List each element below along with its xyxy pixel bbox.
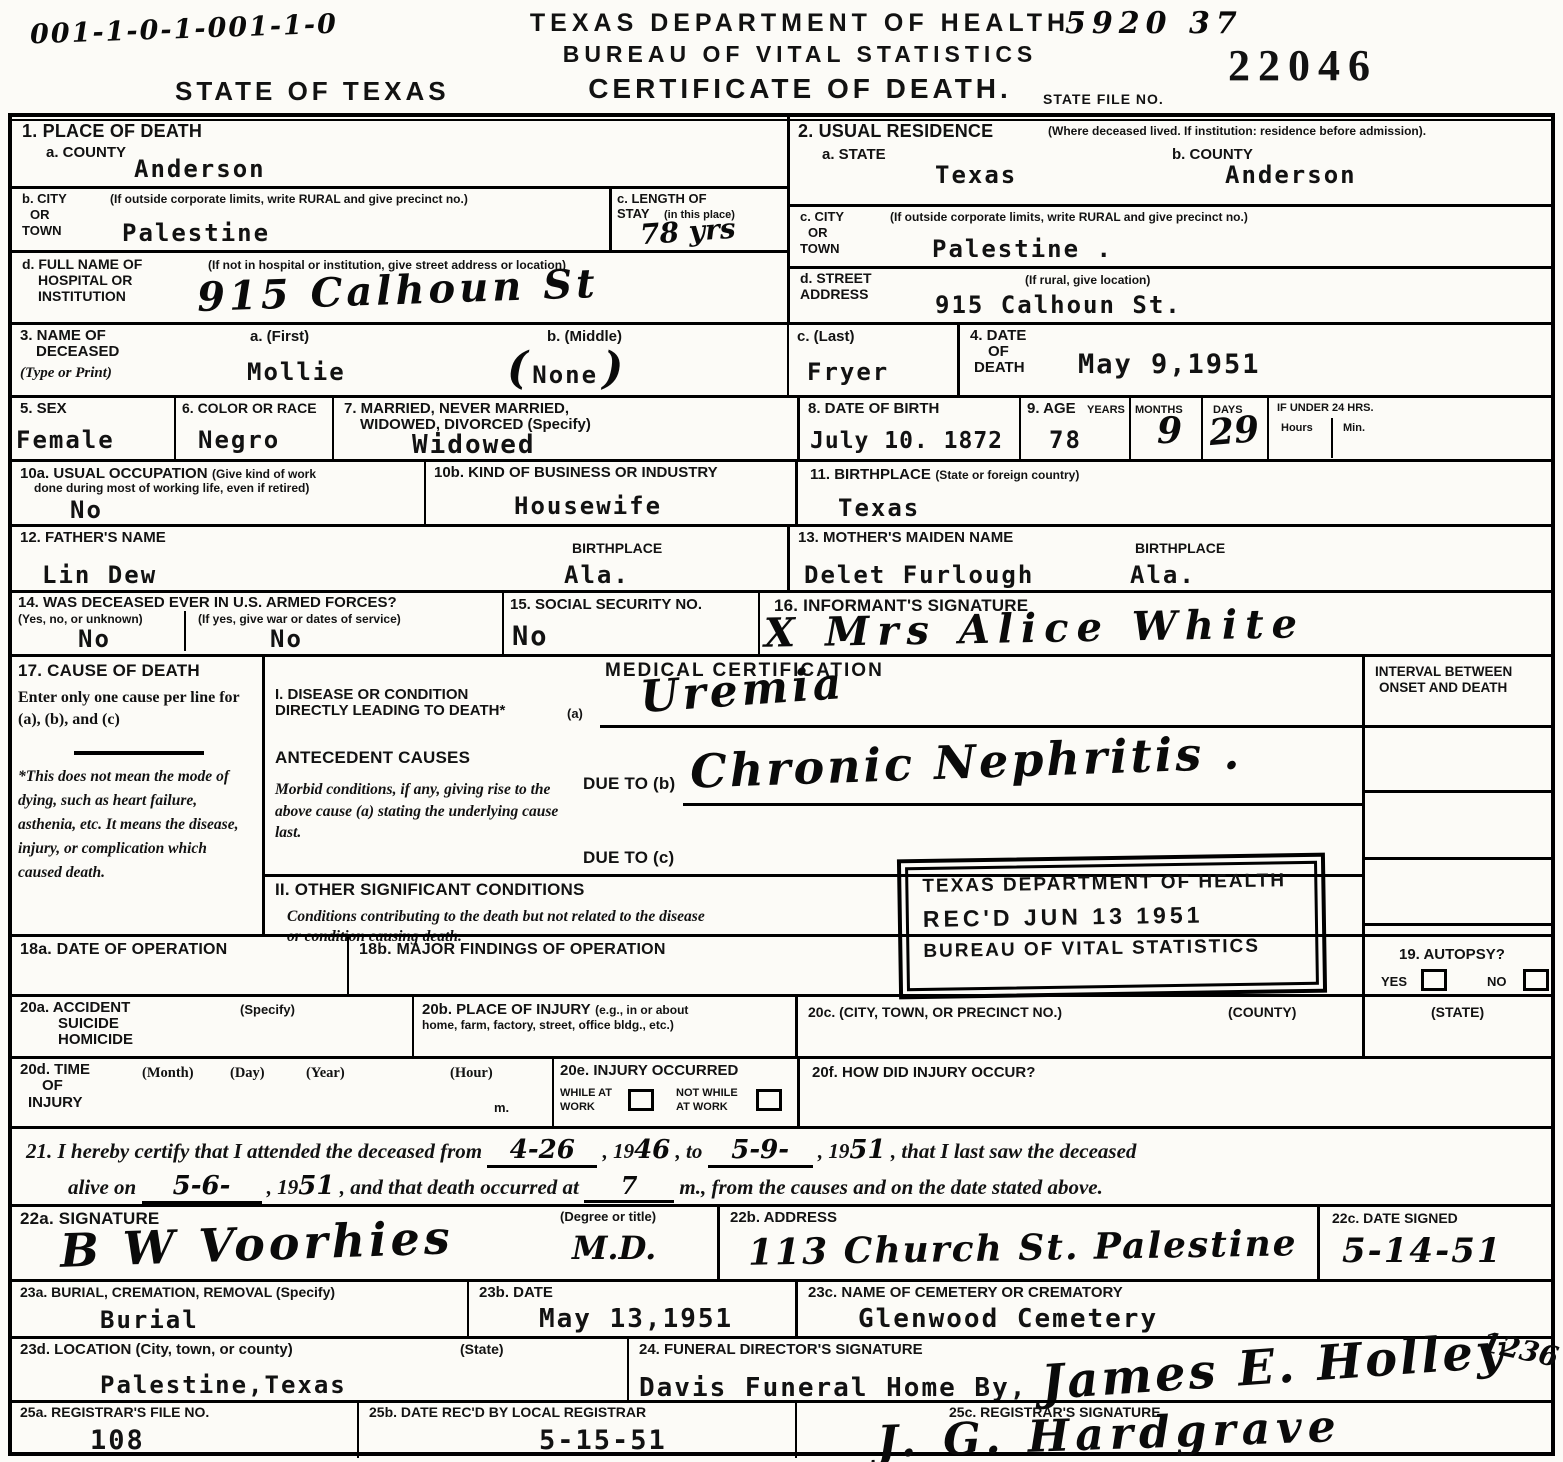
race-label: 6. COLOR OR RACE bbox=[182, 401, 317, 416]
field-age-months: MONTHS 9 bbox=[1129, 398, 1201, 459]
operation-findings-label: 18b. MAJOR FINDINGS OF OPERATION bbox=[359, 942, 666, 959]
field-age-years: 9. AGE YEARS 78 bbox=[1019, 398, 1129, 459]
accident-specify-note: (Specify) bbox=[240, 1003, 295, 1017]
hours-min-divider bbox=[1331, 418, 1333, 458]
registrar-signature-handwritten: J. G. Hardgrave bbox=[876, 1401, 1342, 1462]
state-file-no-label: STATE FILE NO. bbox=[1043, 92, 1164, 107]
cert-from-date: 4-26 bbox=[510, 1135, 575, 1165]
antecedent-note: Morbid conditions, if any, giving rise t… bbox=[275, 779, 575, 844]
dept-line: TEXAS DEPARTMENT OF HEALTH bbox=[520, 10, 1080, 36]
row-registrar: 25a. REGISTRAR'S FILE NO. 108 25b. DATE … bbox=[12, 1400, 1551, 1458]
hours-label: Hours bbox=[1281, 422, 1313, 434]
cert-text-4: , 19 bbox=[818, 1139, 850, 1163]
field-birthplace: 11. BIRTHPLACE (State or foreign country… bbox=[795, 462, 1551, 524]
field-mothers-maiden-name: 13. MOTHER'S MAIDEN NAME BIRTHPLACE Dele… bbox=[787, 527, 1551, 590]
injury-month-label: (Month) bbox=[142, 1065, 194, 1082]
age-years-value: 78 bbox=[1049, 426, 1082, 454]
street-note: (If rural, give location) bbox=[1025, 274, 1150, 288]
received-stamp-inner: TEXAS DEPARTMENT OF HEALTH REC'D JUN 13 … bbox=[905, 861, 1319, 991]
burial-location-label: 23d. LOCATION (City, town, or county) bbox=[20, 1342, 293, 1358]
field-business-industry: 10b. KIND OF BUSINESS OR INDUSTRY Housew… bbox=[424, 462, 795, 524]
date-of-death-value: May 9,1951 bbox=[1078, 349, 1261, 380]
row-parents: 12. FATHER'S NAME BIRTHPLACE Lin Dew Ala… bbox=[12, 524, 1551, 590]
certificate-form: 1. PLACE OF DEATH a. COUNTY Anderson b. … bbox=[8, 113, 1555, 1456]
row-name-of-deceased: 3. NAME OF DECEASED (Type or Print) a. (… bbox=[12, 322, 1551, 395]
field-usual-occupation: 10a. USUAL OCCUPATION (Give kind of work… bbox=[12, 462, 424, 524]
date-of-death-label-3: DEATH bbox=[974, 360, 1025, 376]
ssn-label: 15. SOCIAL SECURITY NO. bbox=[510, 597, 702, 613]
industry-label: 10b. KIND OF BUSINESS OR INDUSTRY bbox=[434, 465, 718, 481]
row-accident: 20a. ACCIDENT SUICIDE HOMICIDE (Specify)… bbox=[12, 994, 1551, 1056]
cause-a-rule bbox=[600, 725, 1362, 728]
dob-value: July 10. 1872 bbox=[810, 428, 1003, 454]
funeral-home-typed: Davis Funeral Home By, bbox=[639, 1373, 1027, 1403]
date-signed-label: 22c. DATE SIGNED bbox=[1332, 1211, 1458, 1226]
field-informant-signature: 16. INFORMANT'S SIGNATURE X Mrs Alice Wh… bbox=[758, 593, 1551, 654]
hospital-label-2: HOSPITAL OR bbox=[38, 273, 132, 288]
field-residence-street: d. STREET ADDRESS (If rural, give locati… bbox=[790, 269, 1551, 322]
age-days-value: 29 bbox=[1207, 408, 1261, 454]
mother-label: 13. MOTHER'S MAIDEN NAME bbox=[798, 530, 1013, 546]
burial-location-state-label: (State) bbox=[460, 1342, 504, 1357]
field-time-of-injury: 20d. TIME OF INJURY (Month) (Day) (Year)… bbox=[12, 1059, 552, 1126]
injury-city-label: 20c. (CITY, TOWN, OR PRECINCT NO.) bbox=[808, 1005, 1062, 1020]
while-at-work-checkbox bbox=[628, 1089, 654, 1111]
certification-statement: 21. I hereby certify that I attended the… bbox=[12, 1129, 1551, 1204]
row-certification-statement: 21. I hereby certify that I attended the… bbox=[12, 1126, 1551, 1204]
cert-text-6: alive on bbox=[68, 1175, 136, 1199]
father-birthplace-value: Ala. bbox=[564, 561, 630, 589]
cause-of-death-label: 17. CAUSE OF DEATH bbox=[18, 662, 200, 680]
burial-location-value: Palestine,Texas bbox=[100, 1371, 347, 1399]
burial-value: Burial bbox=[100, 1306, 199, 1334]
usual-residence-note: (Where deceased lived. If institution: r… bbox=[1048, 125, 1548, 139]
cert-to-date: 5-9- bbox=[731, 1135, 789, 1165]
injury-time-label-3: INJURY bbox=[28, 1095, 82, 1111]
registrar-file-value: 108 bbox=[90, 1425, 145, 1456]
middle-none-text: None bbox=[532, 361, 598, 389]
death-certificate-document: 001-1-0-1-001-1-0 STATE OF TEXAS TEXAS D… bbox=[0, 0, 1563, 1462]
occupation-value: No bbox=[70, 496, 103, 524]
race-value: Negro bbox=[198, 426, 280, 454]
cert-alive-date: 5-6- bbox=[173, 1171, 231, 1201]
injury-hour-label: (Hour) bbox=[450, 1065, 493, 1082]
field-place-of-injury: 20b. PLACE OF INJURY (e.g., in or about … bbox=[412, 997, 795, 1056]
cert-to-year: 51 bbox=[849, 1135, 885, 1165]
date-received-value: 5-15-51 bbox=[539, 1425, 667, 1456]
first-name-label: a. (First) bbox=[250, 329, 309, 345]
field-hospital-or-institution: d. FULL NAME OF HOSPITAL OR INSTITUTION … bbox=[12, 253, 787, 319]
autopsy-no-label: NO bbox=[1487, 975, 1507, 989]
middle-paren-close: ) bbox=[603, 343, 624, 394]
cert-text-9: m., from the causes and on the date stat… bbox=[679, 1175, 1103, 1199]
field-under-24-hrs: IF UNDER 24 HRS. Hours Min. bbox=[1267, 398, 1551, 459]
field-registrar-file-no: 25a. REGISTRAR'S FILE NO. 108 bbox=[12, 1403, 357, 1458]
accident-label-3: HOMICIDE bbox=[58, 1032, 133, 1048]
not-while-checkbox bbox=[756, 1089, 782, 1111]
disease-label-1: I. DISEASE OR CONDITION bbox=[275, 687, 468, 703]
interval-rule-3 bbox=[1365, 857, 1551, 860]
field-date-of-operation: 18a. DATE OF OPERATION bbox=[12, 937, 347, 994]
stay-value: 78 yrs bbox=[639, 212, 737, 252]
received-stamp: TEXAS DEPARTMENT OF HEALTH REC'D JUN 13 … bbox=[897, 853, 1327, 1000]
field-injury-occurred: 20e. INJURY OCCURRED WHILE AT WORK NOT W… bbox=[552, 1059, 797, 1126]
section-2-usual-residence: 2. USUAL RESIDENCE (Where deceased lived… bbox=[787, 117, 1551, 322]
father-value: Lin Dew bbox=[42, 561, 157, 589]
armed-forces-value-1: No bbox=[78, 625, 111, 653]
funeral-director-label: 24. FUNERAL DIRECTOR'S SIGNATURE bbox=[639, 1342, 923, 1358]
street-label-1: d. STREET bbox=[800, 271, 872, 286]
field-date-received: 25b. DATE REC'D BY LOCAL REGISTRAR 5-15-… bbox=[357, 1403, 795, 1458]
hospital-label-1: d. FULL NAME OF bbox=[22, 257, 142, 272]
street-label-2: ADDRESS bbox=[800, 287, 868, 302]
accident-label-1: 20a. ACCIDENT bbox=[20, 1000, 130, 1016]
occupation-label: 10a. USUAL OCCUPATION bbox=[20, 465, 208, 482]
cert-text-8: , and that death occurred at bbox=[340, 1175, 579, 1199]
residence-city-value: Palestine . bbox=[932, 235, 1113, 263]
burial-date-value: May 13,1951 bbox=[539, 1304, 733, 1334]
date-of-death-label-1: 4. DATE bbox=[970, 328, 1026, 344]
sex-value: Female bbox=[16, 426, 115, 454]
row-physician: 22a. SIGNATURE (Degree or title) B W Voo… bbox=[12, 1204, 1551, 1279]
armed-forces-label: 14. WAS DECEASED EVER IN U.S. ARMED FORC… bbox=[18, 595, 397, 611]
last-name-label: c. (Last) bbox=[797, 329, 855, 345]
field-armed-forces: 14. WAS DECEASED EVER IN U.S. ARMED FORC… bbox=[12, 593, 502, 654]
field-marital-status: 7. MARRIED, NEVER MARRIED, WIDOWED, DIVO… bbox=[332, 398, 797, 459]
field-how-injury-occurred: 20f. HOW DID INJURY OCCUR? bbox=[797, 1059, 1551, 1126]
field-city-and-stay: b. CITY OR TOWN (If outside corporate li… bbox=[12, 189, 787, 253]
field-residence-city: c. CITY OR TOWN (If outside corporate li… bbox=[790, 207, 1551, 269]
injury-occurred-label: 20e. INJURY OCCURRED bbox=[560, 1063, 738, 1079]
date-received-label: 25b. DATE REC'D BY LOCAL REGISTRAR bbox=[369, 1405, 646, 1420]
field-injury-city-county: 20c. (CITY, TOWN, OR PRECINCT NO.) (COUN… bbox=[795, 997, 1362, 1056]
father-label: 12. FATHER'S NAME bbox=[20, 530, 166, 546]
age-label: 9. AGE bbox=[1027, 401, 1076, 417]
birthplace-label-line: 11. BIRTHPLACE (State or foreign country… bbox=[810, 466, 1079, 484]
injury-place-label-line: 20b. PLACE OF INJURY (e.g., in or about bbox=[422, 1001, 688, 1019]
certification-line-2: alive on 5-6- , 1951 , and that death oc… bbox=[68, 1171, 1103, 1204]
row-place-residence: 1. PLACE OF DEATH a. COUNTY Anderson b. … bbox=[12, 117, 1551, 322]
mother-value: Delet Furlough bbox=[804, 561, 1034, 589]
field-residence-state-county: 2. USUAL RESIDENCE (Where deceased lived… bbox=[790, 117, 1551, 207]
residence-state-label: a. STATE bbox=[822, 147, 886, 163]
cause-b-value-handwritten: Chronic Nephritis . bbox=[689, 725, 1243, 798]
injury-time-label-2: OF bbox=[42, 1078, 63, 1094]
city-label-3: TOWN bbox=[22, 224, 61, 238]
field-physician-signature: 22a. SIGNATURE (Degree or title) B W Voo… bbox=[12, 1207, 717, 1279]
cert-text-7: , 19 bbox=[267, 1175, 299, 1199]
operation-date-label: 18a. DATE OF OPERATION bbox=[20, 942, 227, 959]
section-1-place-of-death: 1. PLACE OF DEATH a. COUNTY Anderson b. … bbox=[12, 117, 787, 322]
row-location-director: 23d. LOCATION (City, town, or county) (S… bbox=[12, 1336, 1551, 1400]
sex-label: 5. SEX bbox=[20, 401, 67, 417]
autopsy-label: 19. AUTOPSY? bbox=[1399, 947, 1505, 963]
name-label-2: DECEASED bbox=[36, 344, 119, 360]
hospital-label-3: INSTITUTION bbox=[38, 289, 126, 304]
name-label-3: (Type or Print) bbox=[20, 365, 112, 382]
field-registrar-signature: 25c. REGISTRAR'S SIGNATURE J. G. Hardgra… bbox=[795, 1403, 1551, 1458]
street-value: 915 Calhoun St. bbox=[935, 291, 1182, 319]
field-county-of-death: 1. PLACE OF DEATH a. COUNTY Anderson bbox=[12, 117, 787, 189]
section-17-cause-of-death: 17. CAUSE OF DEATH Enter only one cause … bbox=[12, 657, 262, 934]
autopsy-no-checkbox bbox=[1523, 969, 1549, 991]
stamp-line-2: REC'D JUN 13 1951 bbox=[923, 900, 1305, 933]
residence-state-value: Texas bbox=[935, 161, 1017, 189]
age-years-label: YEARS bbox=[1087, 404, 1125, 416]
residence-city-label-1: c. CITY bbox=[800, 210, 844, 224]
mother-birthplace-label: BIRTHPLACE bbox=[1135, 541, 1225, 556]
stamp-line-3: BUREAU OF VITAL STATISTICS bbox=[923, 935, 1305, 963]
field-date-signed: 22c. DATE SIGNED 5-14-51 bbox=[1317, 1207, 1551, 1279]
marital-value: Widowed bbox=[412, 430, 536, 460]
cert-from-year: 46 bbox=[634, 1135, 670, 1165]
certificate-title: CERTIFICATE OF DEATH. bbox=[520, 74, 1080, 103]
how-injury-label: 20f. HOW DID INJURY OCCUR? bbox=[812, 1065, 1035, 1081]
cert-hour-value: 7 bbox=[621, 1171, 638, 1200]
state-of-texas-heading: STATE OF TEXAS bbox=[175, 78, 450, 105]
due-to-c-label: DUE TO (c) bbox=[583, 849, 674, 867]
date-of-death-label-2: OF bbox=[988, 344, 1009, 360]
autopsy-yes-checkbox bbox=[1421, 969, 1447, 991]
name-label-1: 3. NAME OF bbox=[20, 328, 106, 344]
field-color-or-race: 6. COLOR OR RACE Negro bbox=[174, 398, 332, 459]
field-social-security: 15. SOCIAL SECURITY NO. No bbox=[502, 593, 758, 654]
field-length-of-stay: c. LENGTH OF STAY (in this place) 78 yrs bbox=[609, 189, 787, 250]
cert-text-2: , 19 bbox=[603, 1139, 635, 1163]
antecedent-label: ANTECEDENT CAUSES bbox=[275, 749, 470, 767]
usual-residence-title: 2. USUAL RESIDENCE bbox=[798, 122, 993, 141]
row-armed-forces: 14. WAS DECEASED EVER IN U.S. ARMED FORC… bbox=[12, 590, 1551, 654]
injury-place-label: 20b. PLACE OF INJURY bbox=[422, 1001, 591, 1018]
injury-state-label: (STATE) bbox=[1431, 1005, 1484, 1020]
occupation-note-1: (Give kind of work bbox=[212, 467, 316, 481]
cert-alive-year: 51 bbox=[298, 1171, 334, 1201]
industry-value: Housewife bbox=[514, 492, 662, 520]
field-age-days: DAYS 29 bbox=[1201, 398, 1267, 459]
due-to-b-label: DUE TO (b) bbox=[583, 775, 675, 793]
department-heading: TEXAS DEPARTMENT OF HEALTH BUREAU OF VIT… bbox=[520, 10, 1080, 104]
disease-a-label: (a) bbox=[567, 707, 583, 721]
armed-forces-value-2: No bbox=[270, 625, 303, 653]
burial-date-label: 23b. DATE bbox=[479, 1285, 553, 1301]
cause-note-1: Enter only one cause per line for (a), (… bbox=[18, 687, 246, 730]
middle-name-value: ( None ) bbox=[507, 343, 623, 394]
disease-label-2: DIRECTLY LEADING TO DEATH* bbox=[275, 703, 505, 719]
physician-address-label: 22b. ADDRESS bbox=[730, 1210, 837, 1226]
birthplace-note: (State or foreign country) bbox=[935, 468, 1079, 482]
field-city-of-death: b. CITY OR TOWN (If outside corporate li… bbox=[12, 189, 609, 250]
field-sex: 5. SEX Female bbox=[12, 398, 174, 459]
mother-birthplace-value: Ala. bbox=[1130, 561, 1196, 589]
ssn-value: No bbox=[512, 621, 549, 652]
row-occupation: 10a. USUAL OCCUPATION (Give kind of work… bbox=[12, 459, 1551, 524]
injury-day-label: (Day) bbox=[230, 1065, 265, 1082]
handwritten-batch-number: 5920 37 bbox=[1065, 6, 1243, 41]
field-burial-type: 23a. BURIAL, CREMATION, REMOVAL (Specify… bbox=[12, 1282, 467, 1336]
cause-note-2: *This does not mean the mode of dying, s… bbox=[18, 765, 250, 885]
armed-forces-divider bbox=[184, 611, 186, 651]
place-of-death-title: 1. PLACE OF DEATH bbox=[22, 122, 202, 141]
while-at-work-label-2: WORK bbox=[560, 1101, 595, 1113]
residence-county-value: Anderson bbox=[1225, 161, 1357, 189]
last-name-value: Fryer bbox=[807, 358, 889, 386]
date-signed-handwritten: 5-14-51 bbox=[1342, 1231, 1503, 1271]
under24-label: IF UNDER 24 HRS. bbox=[1277, 402, 1374, 414]
cause-b-rule bbox=[683, 803, 1362, 806]
degree-or-title-label: (Degree or title) bbox=[560, 1210, 656, 1224]
informant-signature-value: X Mrs Alice White bbox=[764, 600, 1306, 656]
other-conditions-label: II. OTHER SIGNIFICANT CONDITIONS bbox=[275, 881, 585, 899]
birthplace-value: Texas bbox=[838, 494, 920, 522]
field-last-name: c. (Last) Fryer bbox=[787, 325, 957, 395]
cemetery-value: Glenwood Cemetery bbox=[858, 1304, 1158, 1334]
field-fathers-name: 12. FATHER'S NAME BIRTHPLACE Lin Dew Ala… bbox=[12, 527, 787, 590]
field-burial-date: 23b. DATE May 13,1951 bbox=[467, 1282, 795, 1336]
field-injury-state: (STATE) bbox=[1362, 997, 1551, 1056]
injury-year-label: (Year) bbox=[306, 1065, 345, 1082]
while-at-work-label-1: WHILE AT bbox=[560, 1087, 612, 1099]
cause-note-rule bbox=[74, 751, 204, 755]
field-burial-location: 23d. LOCATION (City, town, or county) (S… bbox=[12, 1339, 627, 1400]
funeral-director-signature-handwritten: James E. Holley bbox=[1040, 1323, 1509, 1411]
field-date-of-birth: 8. DATE OF BIRTH July 10. 1872 bbox=[797, 398, 1019, 459]
not-while-label-1: NOT WHILE bbox=[676, 1087, 738, 1099]
state-file-number-stamp: 22046 bbox=[1228, 40, 1378, 91]
city-note: (If outside corporate limits, write RURA… bbox=[110, 193, 550, 207]
burial-label: 23a. BURIAL, CREMATION, REMOVAL (Specify… bbox=[20, 1285, 335, 1300]
birthplace-label: 11. BIRTHPLACE bbox=[810, 466, 931, 483]
autopsy-yes-label: YES bbox=[1381, 975, 1407, 989]
handwritten-ledger-code: 001-1-0-1-001-1-0 bbox=[30, 14, 338, 45]
interval-label-2: ONSET AND DEATH bbox=[1379, 681, 1507, 695]
dob-label: 8. DATE OF BIRTH bbox=[808, 401, 939, 417]
physician-degree-handwritten: M.D. bbox=[572, 1229, 656, 1267]
interval-rule-4 bbox=[1365, 923, 1551, 926]
age-months-value: 9 bbox=[1157, 410, 1182, 452]
cert-text-5: , that I last saw the deceased bbox=[891, 1139, 1137, 1163]
residence-city-label-2: OR bbox=[808, 226, 828, 240]
interval-column: INTERVAL BETWEEN ONSET AND DEATH bbox=[1362, 657, 1551, 934]
middle-paren-open: ( bbox=[507, 343, 528, 394]
injury-place-note-2: home, farm, factory, street, office bldg… bbox=[422, 1019, 674, 1033]
stamp-line-1: TEXAS DEPARTMENT OF HEALTH bbox=[922, 870, 1304, 898]
row-burial: 23a. BURIAL, CREMATION, REMOVAL (Specify… bbox=[12, 1279, 1551, 1336]
field-physician-address: 22b. ADDRESS 113 Church St. Palestine bbox=[717, 1207, 1317, 1279]
registrar-file-label: 25a. REGISTRAR'S FILE NO. bbox=[20, 1405, 209, 1420]
city-label-1: b. CITY bbox=[22, 192, 67, 206]
injury-place-note-1: (e.g., in or about bbox=[595, 1003, 688, 1017]
interval-label-1: INTERVAL BETWEEN bbox=[1375, 665, 1512, 679]
occupation-note-2: done during most of working life, even i… bbox=[34, 482, 309, 496]
physician-address-handwritten: 113 Church St. Palestine bbox=[748, 1222, 1298, 1274]
first-name-value: Mollie bbox=[247, 358, 346, 386]
marital-label-1: 7. MARRIED, NEVER MARRIED, bbox=[344, 401, 569, 417]
min-label: Min. bbox=[1343, 422, 1365, 434]
field-deceased-name: 3. NAME OF DECEASED (Type or Print) a. (… bbox=[12, 325, 787, 395]
city-value: Palestine bbox=[122, 219, 270, 247]
residence-city-label-3: TOWN bbox=[800, 242, 839, 256]
county-value: Anderson bbox=[134, 155, 266, 183]
certification-line-1: 21. I hereby certify that I attended the… bbox=[26, 1135, 1136, 1168]
residence-city-note: (If outside corporate limits, write RURA… bbox=[890, 211, 1450, 225]
row-time-of-injury: 20d. TIME OF INJURY (Month) (Day) (Year)… bbox=[12, 1056, 1551, 1126]
city-label-2: OR bbox=[30, 208, 50, 222]
interval-rule-2 bbox=[1365, 790, 1551, 793]
father-birthplace-label: BIRTHPLACE bbox=[572, 541, 662, 556]
stay-label-1: c. LENGTH OF bbox=[617, 192, 707, 206]
county-label: a. COUNTY bbox=[46, 145, 126, 161]
injury-m-label: m. bbox=[494, 1101, 509, 1115]
cert-text-3: , to bbox=[676, 1139, 703, 1163]
field-autopsy: 19. AUTOPSY? YES NO bbox=[1362, 937, 1551, 994]
field-date-of-death: 4. DATE OF DEATH May 9,1951 bbox=[957, 325, 1551, 395]
accident-label-2: SUICIDE bbox=[58, 1016, 119, 1032]
row-demographics: 5. SEX Female 6. COLOR OR RACE Negro 7. … bbox=[12, 395, 1551, 459]
bureau-line: BUREAU OF VITAL STATISTICS bbox=[520, 42, 1080, 66]
not-while-label-2: AT WORK bbox=[676, 1101, 728, 1113]
interval-rule-1 bbox=[1365, 725, 1551, 728]
field-accident-suicide-homicide: 20a. ACCIDENT SUICIDE HOMICIDE (Specify) bbox=[12, 997, 412, 1056]
injury-county-label: (COUNTY) bbox=[1228, 1005, 1296, 1020]
cemetery-label: 23c. NAME OF CEMETERY OR CREMATORY bbox=[808, 1285, 1123, 1301]
cert-text-1: 21. I hereby certify that I attended the… bbox=[26, 1139, 482, 1163]
field-funeral-director: 24. FUNERAL DIRECTOR'S SIGNATURE Davis F… bbox=[627, 1339, 1551, 1400]
injury-time-label-1: 20d. TIME bbox=[20, 1062, 90, 1078]
